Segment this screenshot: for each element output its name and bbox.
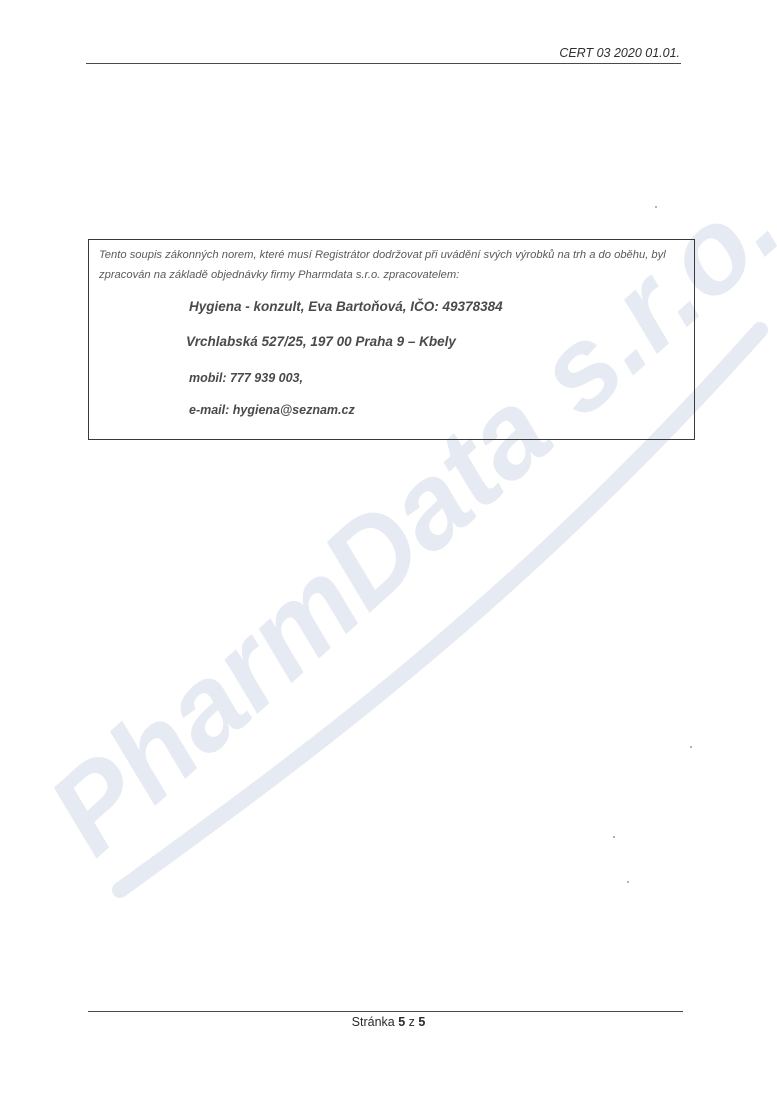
total-pages: 5 <box>418 1015 425 1029</box>
scan-speck <box>627 881 629 883</box>
watermark: PharmData s.r.o. <box>0 0 777 1100</box>
contact-mobile: mobil: 777 939 003, <box>189 371 303 385</box>
contact-address: Vrchlabská 527/25, 197 00 Praha 9 – Kbel… <box>186 334 456 349</box>
scan-speck <box>690 746 692 748</box>
contact-name: Hygiena - konzult, Eva Bartoňová, IČO: 4… <box>189 299 503 314</box>
scan-speck <box>655 206 657 208</box>
scan-speck <box>613 836 615 838</box>
processor-info-box: Tento soupis zákonných norem, které musí… <box>88 239 695 440</box>
current-page: 5 <box>398 1015 405 1029</box>
header-divider <box>86 63 681 64</box>
document-code: CERT 03 2020 01.01. <box>540 46 680 60</box>
contact-email[interactable]: e-mail: hygiena@seznam.cz <box>189 403 355 417</box>
page-label: Stránka <box>352 1015 395 1029</box>
footer-divider <box>88 1011 683 1012</box>
intro-text: Tento soupis zákonných norem, které musí… <box>99 245 689 285</box>
page-number: Stránka 5 z 5 <box>0 1015 777 1029</box>
page-separator: z <box>409 1015 415 1029</box>
